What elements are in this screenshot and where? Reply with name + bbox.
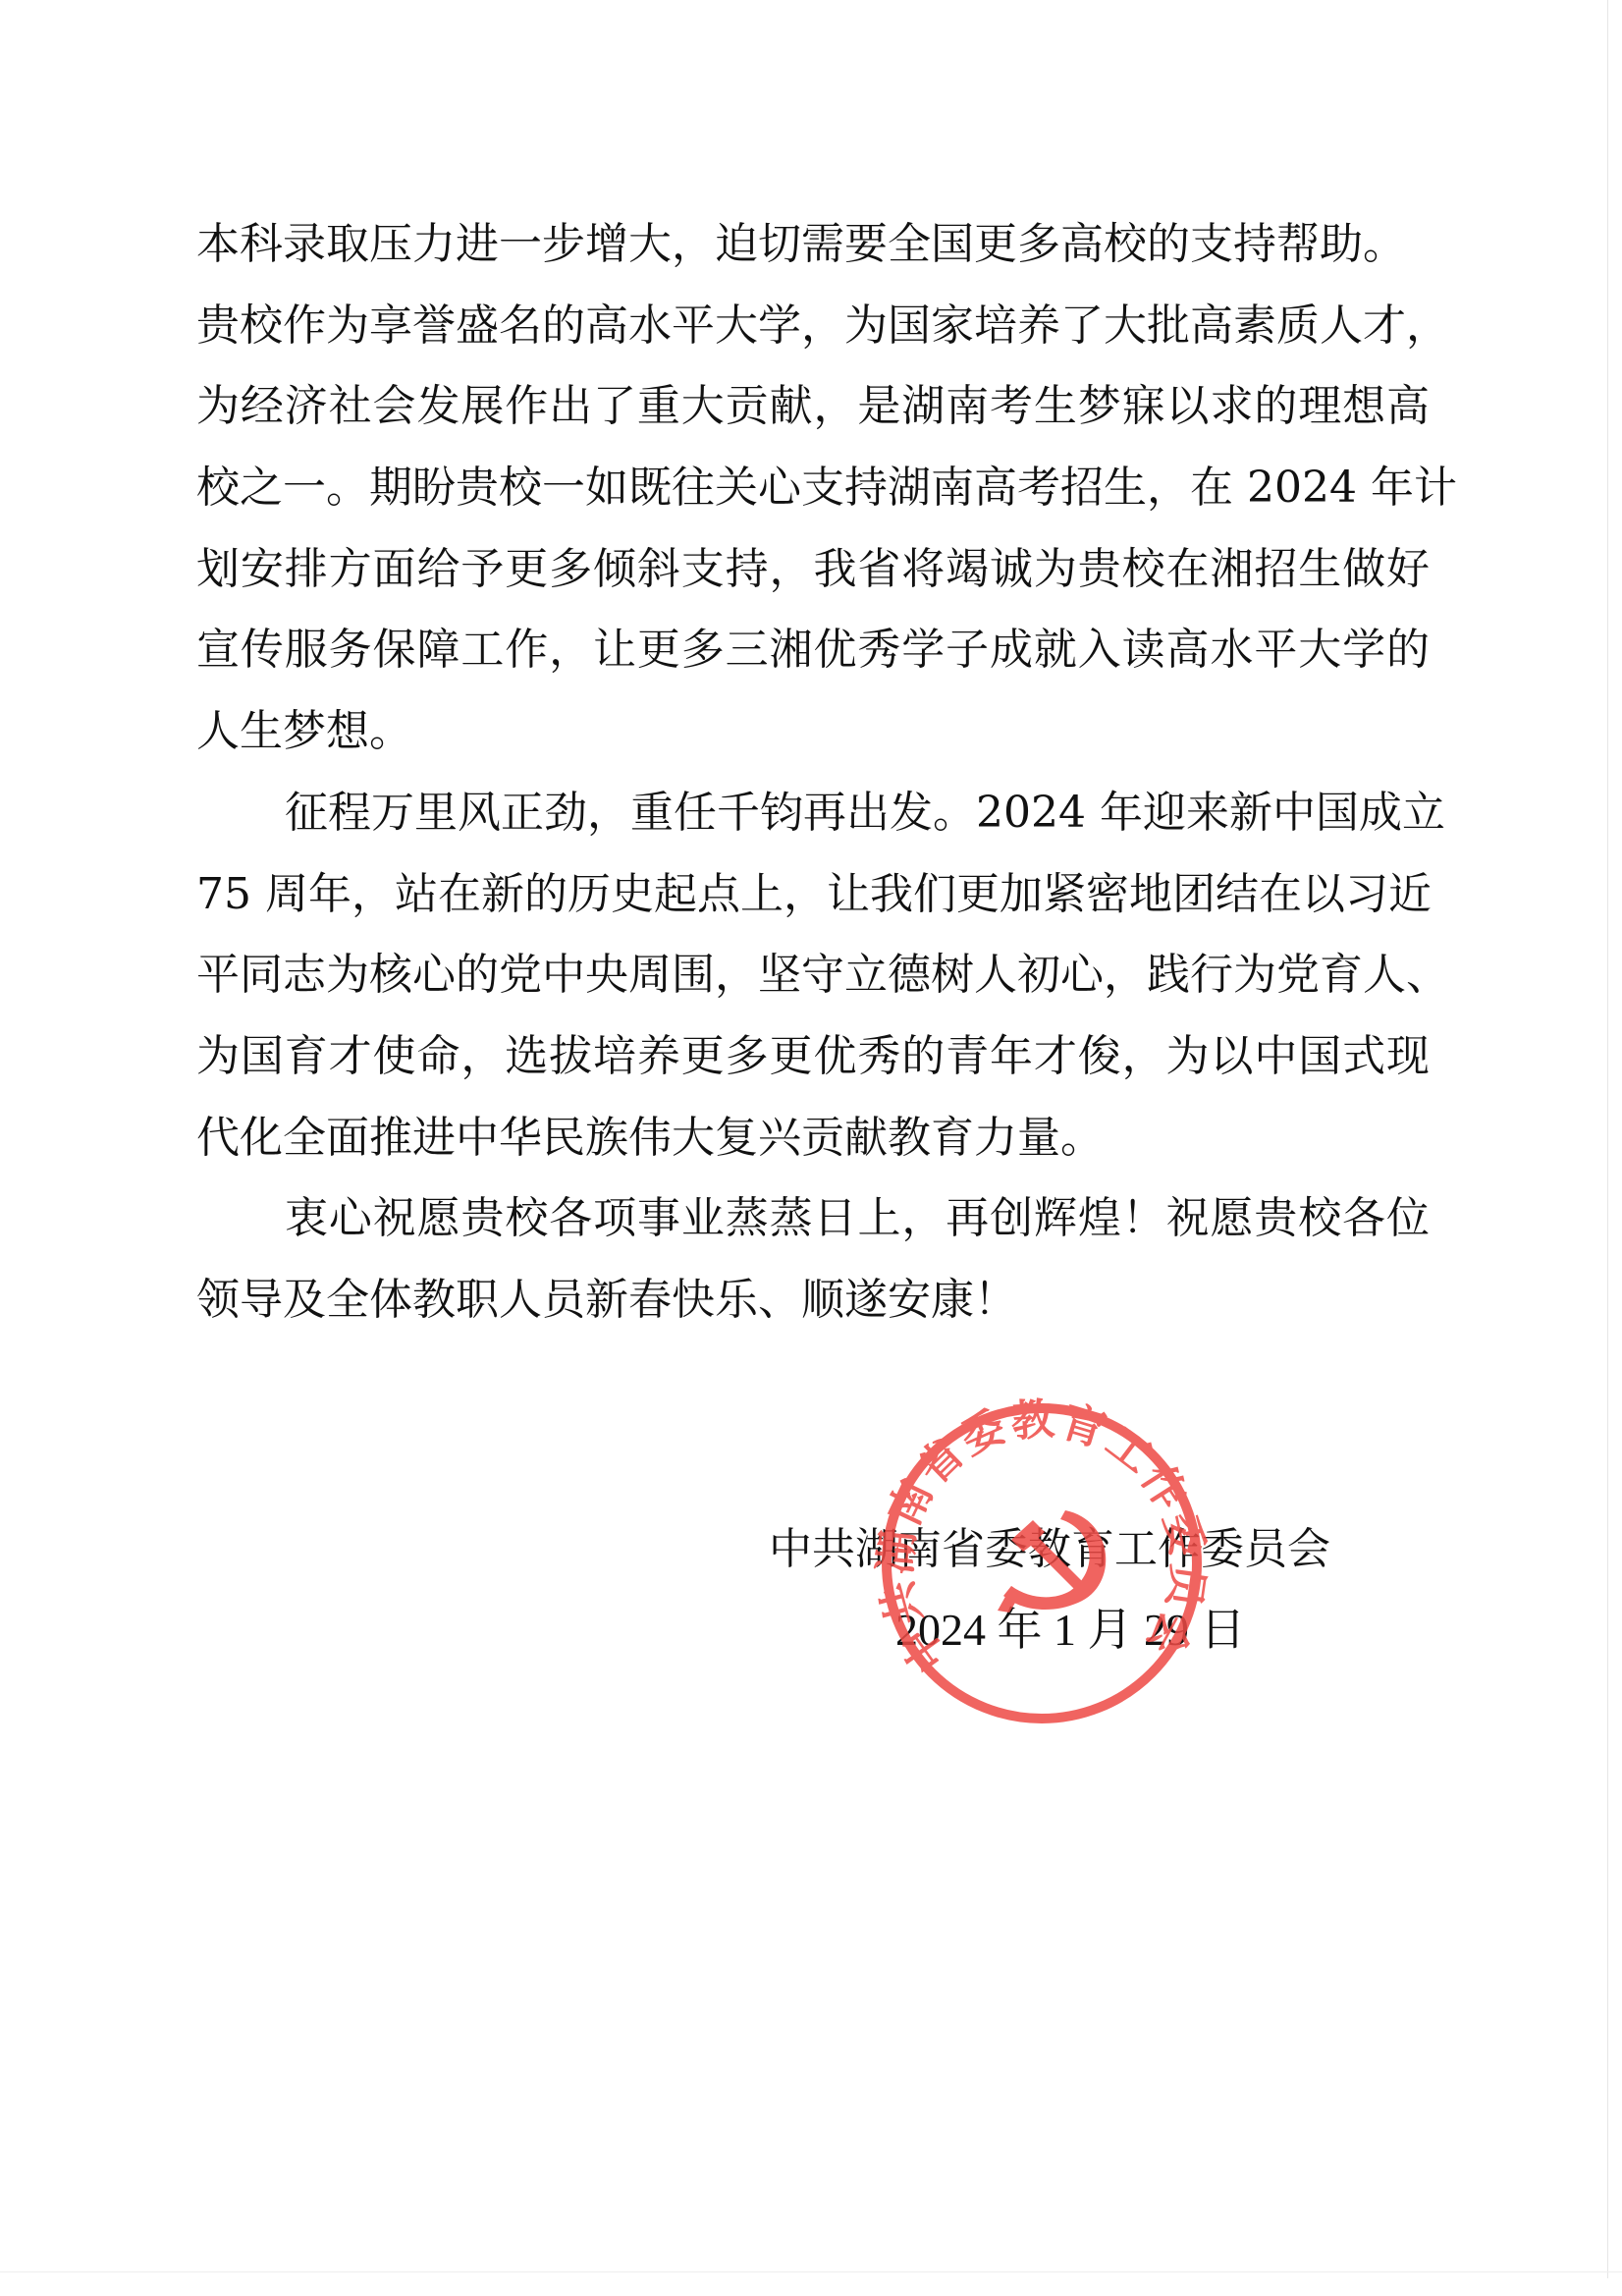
- paragraph-line: 征程万里风正劲，重任千钧再出发。2024 年迎来新中国成立: [196, 773, 1430, 854]
- paragraph-line: 领导及全体教职人员新春快乐、顺遂安康！: [196, 1260, 1430, 1341]
- paragraph-line: 贵校作为享誉盛名的高水平大学，为国家培养了大批高素质人才，: [196, 286, 1430, 367]
- paragraph-line: 划安排方面给予更多倾斜支持，我省将竭诚为贵校在湘招生做好: [196, 529, 1430, 611]
- paragraph-line: 平同志为核心的党中央周围，坚守立德树人初心，践行为党育人、: [196, 935, 1430, 1016]
- paragraph-line: 为经济社会发展作出了重大贡献，是湖南考生梦寐以求的理想高: [196, 366, 1430, 448]
- paragraph-line: 宣传服务保障工作，让更多三湘优秀学子成就入读高水平大学的: [196, 610, 1430, 691]
- paragraph-line: 代化全面推进中华民族伟大复兴贡献教育力量。: [196, 1098, 1430, 1179]
- signature-organization: 中共湖南省委教育工作委员会: [769, 1522, 1304, 1577]
- letter-body: 本科录取压力进一步增大，迫切需要全国更多高校的支持帮助。 贵校作为享誉盛名的高水…: [196, 204, 1430, 1341]
- paragraph-line: 校之一。期盼贵校一如既往关心支持湖南高考招生，在 2024 年计: [196, 448, 1430, 529]
- paragraph-line: 人生梦想。: [196, 691, 1430, 773]
- scan-edge-line: [0, 2271, 1622, 2272]
- scan-edge-line: [1607, 0, 1608, 2278]
- paragraph-line: 本科录取压力进一步增大，迫切需要全国更多高校的支持帮助。: [196, 204, 1430, 286]
- paragraph-line: 衷心祝愿贵校各项事业蒸蒸日上，再创辉煌！祝愿贵校各位: [196, 1178, 1430, 1260]
- signature-date: 2024 年 1 月 29 日: [895, 1603, 1210, 1658]
- letter-page: 本科录取压力进一步增大，迫切需要全国更多高校的支持帮助。 贵校作为享誉盛名的高水…: [0, 0, 1622, 2296]
- paragraph-line: 75 周年，站在新的历史起点上，让我们更加紧密地团结在以习近: [196, 854, 1430, 936]
- paragraph-line: 为国育才使命，选拔培养更多更优秀的青年才俊，为以中国式现: [196, 1016, 1430, 1098]
